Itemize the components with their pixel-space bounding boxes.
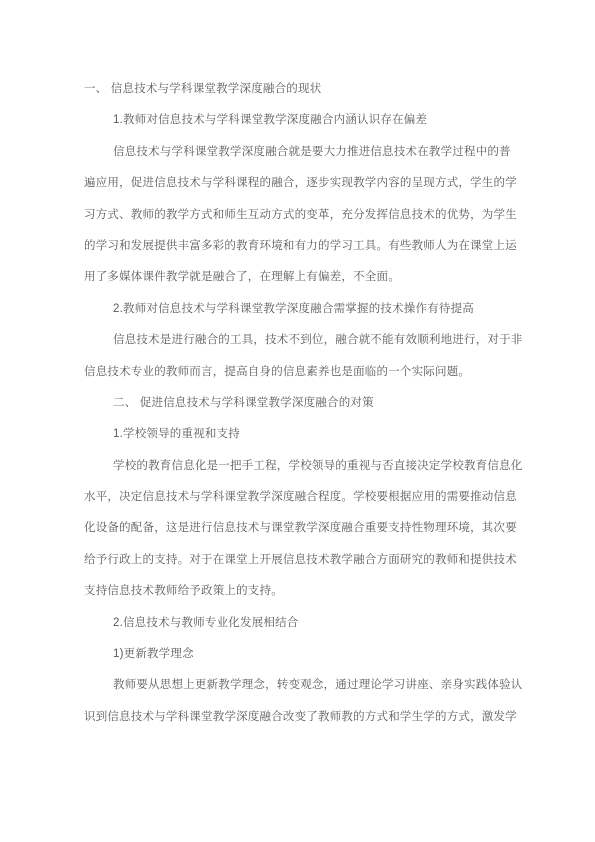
document-page: 一、 信息技术与学科课堂教学深度融合的现状1.教师对信息技术与学科课堂教学深度融… [0, 0, 595, 842]
text-line: 给予行政上的支持。对于在课堂上开展信息技术教学融合方面研究的教师和提供技术 [84, 545, 524, 576]
text-line: 水平，决定信息技术与学科课堂教学深度融合程度。学校要根据应用的需要推动信息 [84, 482, 524, 513]
text-line: 2.信息技术与教师专业化发展相结合 [84, 608, 524, 639]
text-line: 1.教师对信息技术与学科课堂教学深度融合内涵认识存在偏差 [84, 105, 524, 136]
text-line: 2.教师对信息技术与学科课堂教学深度融合需掌握的技术操作有待提高 [84, 294, 524, 325]
text-line: 习方式、教师的教学方式和师生互动方式的变革，充分发挥信息技术的优势，为学生 [84, 200, 524, 231]
text-line: 1)更新教学理念 [84, 639, 524, 670]
text-line: 二、 促进信息技术与学科课堂教学深度融合的对策 [84, 388, 524, 419]
text-line: 信息技术是进行融合的工具，技术不到位，融合就不能有效顺利地进行，对于非 [84, 325, 524, 356]
text-line: 1.学校领导的重视和支持 [84, 419, 524, 450]
text-line: 教师要从思想上更新教学理念，转变观念，通过理论学习讲座、亲身实践体验认 [84, 670, 524, 701]
text-line: 化设备的配备，这是进行信息技术与课堂教学深度融合重要支持性物理环境，其次要 [84, 513, 524, 544]
text-line: 识到信息技术与学科课堂教学深度融合改变了教师教的方式和学生学的方式，激发学 [84, 702, 524, 733]
text-line: 的学习和发展提供丰富多彩的教育环境和有力的学习工具。有些教师人为在课堂上运 [84, 231, 524, 262]
text-line: 遍应用，促进信息技术与学科课程的融合，逐步实现教学内容的呈现方式，学生的学 [84, 168, 524, 199]
text-line: 支持信息技术教师给予政策上的支持。 [84, 576, 524, 607]
text-line: 用了多媒体课件教学就是融合了，在理解上有偏差，不全面。 [84, 262, 524, 293]
text-line: 学校的教育信息化是一把手工程，学校领导的重视与否直接决定学校教育信息化 [84, 451, 524, 482]
text-line: 信息技术与学科课堂教学深度融合就是要大力推进信息技术在教学过程中的普 [84, 137, 524, 168]
text-line: 信息技术专业的教师而言，提高自身的信息素养也是面临的一个实际问题。 [84, 357, 524, 388]
text-line: 一、 信息技术与学科课堂教学深度融合的现状 [84, 74, 524, 105]
document-body: 一、 信息技术与学科课堂教学深度融合的现状1.教师对信息技术与学科课堂教学深度融… [84, 74, 524, 733]
